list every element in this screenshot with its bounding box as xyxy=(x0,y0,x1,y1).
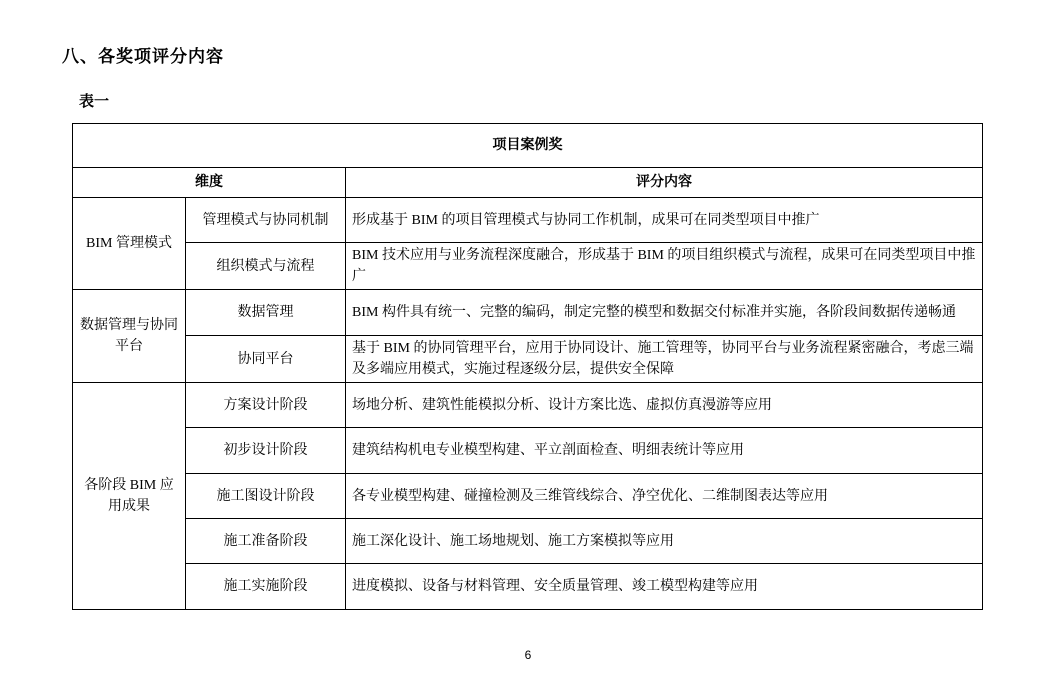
content-cell: 进度模拟、设备与材料管理、安全质量管理、竣工模型构建等应用 xyxy=(346,564,983,610)
table-row: 施工准备阶段 施工深化设计、施工场地规划、施工方案模拟等应用 xyxy=(73,519,983,564)
content-cell: 场地分析、建筑性能模拟分析、设计方案比选、虚拟仿真漫游等应用 xyxy=(346,383,983,428)
table-row: 数据管理与协同平台 数据管理 BIM 构件具有统一、完整的编码，制定完整的模型和… xyxy=(73,290,983,336)
content-cell: BIM 构件具有统一、完整的编码，制定完整的模型和数据交付标准并实施，各阶段间数… xyxy=(346,290,983,336)
content-cell: 各专业模型构建、碰撞检测及三维管线综合、净空优化、二维制图表达等应用 xyxy=(346,474,983,519)
dimension-cell: 协同平台 xyxy=(186,336,346,383)
table-row: BIM 管理模式 管理模式与协同机制 形成基于 BIM 的项目管理模式与协同工作… xyxy=(73,198,983,243)
table-row: 组织模式与流程 BIM 技术应用与业务流程深度融合，形成基于 BIM 的项目组织… xyxy=(73,243,983,290)
dimension-cell: 施工实施阶段 xyxy=(186,564,346,610)
content-cell: 基于 BIM 的协同管理平台，应用于协同设计、施工管理等，协同平台与业务流程紧密… xyxy=(346,336,983,383)
group-cell-data-platform: 数据管理与协同平台 xyxy=(73,290,186,383)
table-header-row: 维度 评分内容 xyxy=(73,168,983,198)
score-table: 项目案例奖 维度 评分内容 BIM 管理模式 管理模式与协同机制 形成基于 BI… xyxy=(72,123,983,610)
header-dimension: 维度 xyxy=(73,168,346,198)
group-cell-stages: 各阶段 BIM 应用成果 xyxy=(73,383,186,610)
dimension-cell: 方案设计阶段 xyxy=(186,383,346,428)
table-title-row: 项目案例奖 xyxy=(73,124,983,168)
dimension-cell: 数据管理 xyxy=(186,290,346,336)
dimension-cell: 组织模式与流程 xyxy=(186,243,346,290)
document-page: 八、各奖项评分内容 表一 项目案例奖 维度 评分内容 BIM 管理模式 管理模式… xyxy=(0,0,1056,700)
table-row: 各阶段 BIM 应用成果 方案设计阶段 场地分析、建筑性能模拟分析、设计方案比选… xyxy=(73,383,983,428)
section-heading: 八、各奖项评分内容 xyxy=(62,42,224,67)
content-cell: 施工深化设计、施工场地规划、施工方案模拟等应用 xyxy=(346,519,983,564)
dimension-cell: 管理模式与协同机制 xyxy=(186,198,346,243)
dimension-cell: 施工图设计阶段 xyxy=(186,474,346,519)
content-cell: BIM 技术应用与业务流程深度融合，形成基于 BIM 的项目组织模式与流程，成果… xyxy=(346,243,983,290)
table-title: 项目案例奖 xyxy=(73,124,983,168)
table-row: 协同平台 基于 BIM 的协同管理平台，应用于协同设计、施工管理等，协同平台与业… xyxy=(73,336,983,383)
table-row: 施工实施阶段 进度模拟、设备与材料管理、安全质量管理、竣工模型构建等应用 xyxy=(73,564,983,610)
page-number: 6 xyxy=(0,648,1056,662)
table-row: 初步设计阶段 建筑结构机电专业模型构建、平立剖面检查、明细表统计等应用 xyxy=(73,428,983,474)
content-cell: 建筑结构机电专业模型构建、平立剖面检查、明细表统计等应用 xyxy=(346,428,983,474)
content-cell: 形成基于 BIM 的项目管理模式与协同工作机制，成果可在同类型项目中推广 xyxy=(346,198,983,243)
dimension-cell: 初步设计阶段 xyxy=(186,428,346,474)
table-row: 施工图设计阶段 各专业模型构建、碰撞检测及三维管线综合、净空优化、二维制图表达等… xyxy=(73,474,983,519)
group-cell-bim-management: BIM 管理模式 xyxy=(73,198,186,290)
dimension-cell: 施工准备阶段 xyxy=(186,519,346,564)
header-content: 评分内容 xyxy=(346,168,983,198)
table-label: 表一 xyxy=(79,90,109,111)
